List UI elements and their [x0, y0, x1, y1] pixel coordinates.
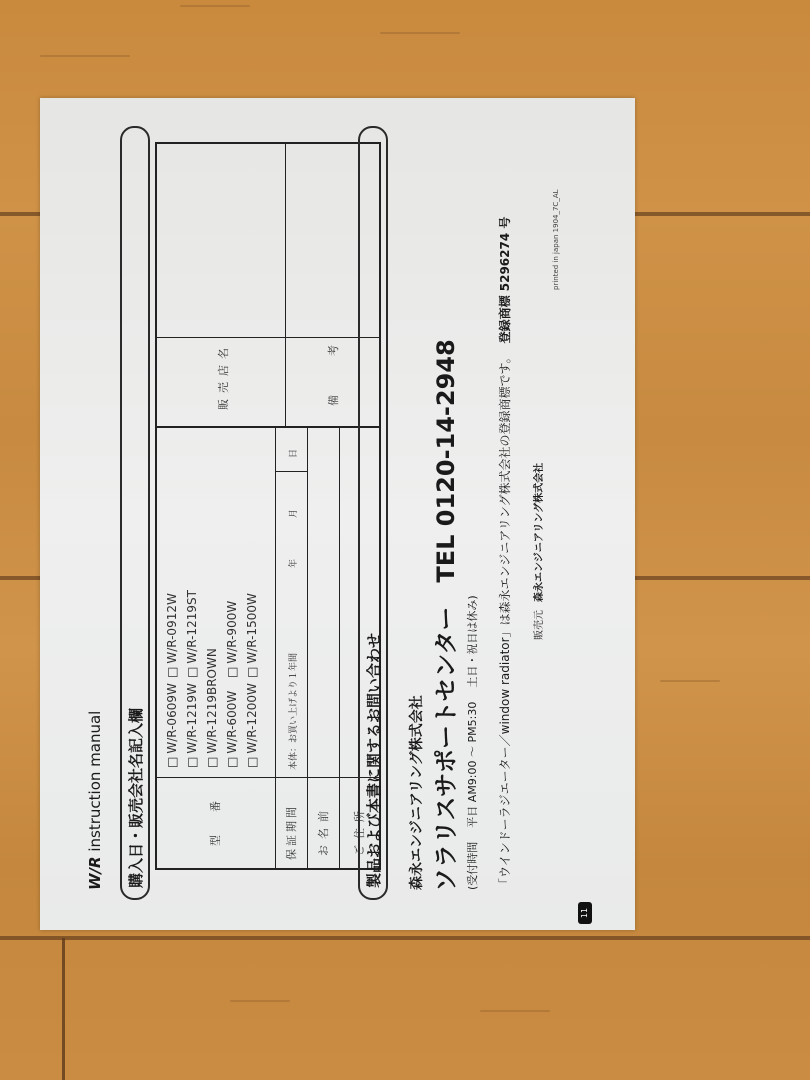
model-checkbox[interactable]: W/R-1219W	[185, 683, 199, 768]
printed-note: printed in japan 1904_7C_AL	[552, 189, 560, 290]
model-checkbox[interactable]: W/R-1200W	[245, 683, 259, 768]
model-checkbox[interactable]: W/R-600W	[225, 691, 239, 768]
wood-grain	[230, 1000, 290, 1002]
model-label: 型 番	[207, 795, 223, 846]
purchase-form-table: 型 番 W/R-0609W W/R-1219W W/R-1219BROWN W/…	[155, 142, 381, 870]
model-checkbox[interactable]: W/R-1219BROWN	[205, 648, 219, 768]
model-checkbox[interactable]: W/R-1500W	[245, 593, 259, 678]
shop-name-label: 販売店名	[215, 342, 231, 410]
wood-grain	[660, 680, 720, 682]
company-name: 森永エンジニアリング株式会社	[406, 695, 426, 890]
trademark-note: 「ウインドーラジエーター／window radiator」は森永エンジニアリング…	[496, 217, 513, 890]
wood-grain	[380, 32, 460, 34]
section-title-purchase: 購入日・販売会社名記入欄	[120, 126, 150, 900]
date-year: 年	[286, 559, 299, 568]
model-checkbox[interactable]: W/R-0912W	[165, 593, 179, 678]
manual-header: W/R instruction manual	[86, 711, 104, 890]
page-number: 11	[578, 902, 592, 924]
support-center: ソラリスサポートセンターTEL 0120-14-2948	[426, 339, 461, 892]
wood-grain	[40, 55, 130, 57]
warranty-text: 本体：お買い上げより１年間	[286, 653, 299, 770]
wood-grain	[180, 5, 250, 7]
date-month: 月	[286, 509, 299, 518]
seller-info: 販売元森永エンジニアリング株式会社	[530, 463, 545, 640]
date-day: 日	[286, 449, 299, 458]
model-checkbox[interactable]: W/R-900W	[225, 601, 239, 678]
manual-page: W/R instruction manual 購入日・販売会社名記入欄 型 番 …	[40, 98, 635, 930]
name-label: お名前	[315, 805, 331, 856]
wood-grain	[480, 1010, 550, 1012]
floor-seam	[62, 938, 65, 1080]
support-hours: (受付時間平日 AM9:00 ～ PM5:30土日・祝日は休み)	[464, 581, 480, 890]
support-phone[interactable]: TEL 0120-14-2948	[432, 339, 460, 582]
notes-label: 備 考	[325, 331, 341, 406]
model-checkbox[interactable]: W/R-1219ST	[185, 590, 199, 678]
floor-seam	[0, 936, 810, 940]
section-title-contact: 製品および本書に関するお問い合わせ	[358, 126, 388, 900]
warranty-label: 保証期間	[283, 804, 299, 860]
model-checkbox[interactable]: W/R-0609W	[165, 683, 179, 768]
